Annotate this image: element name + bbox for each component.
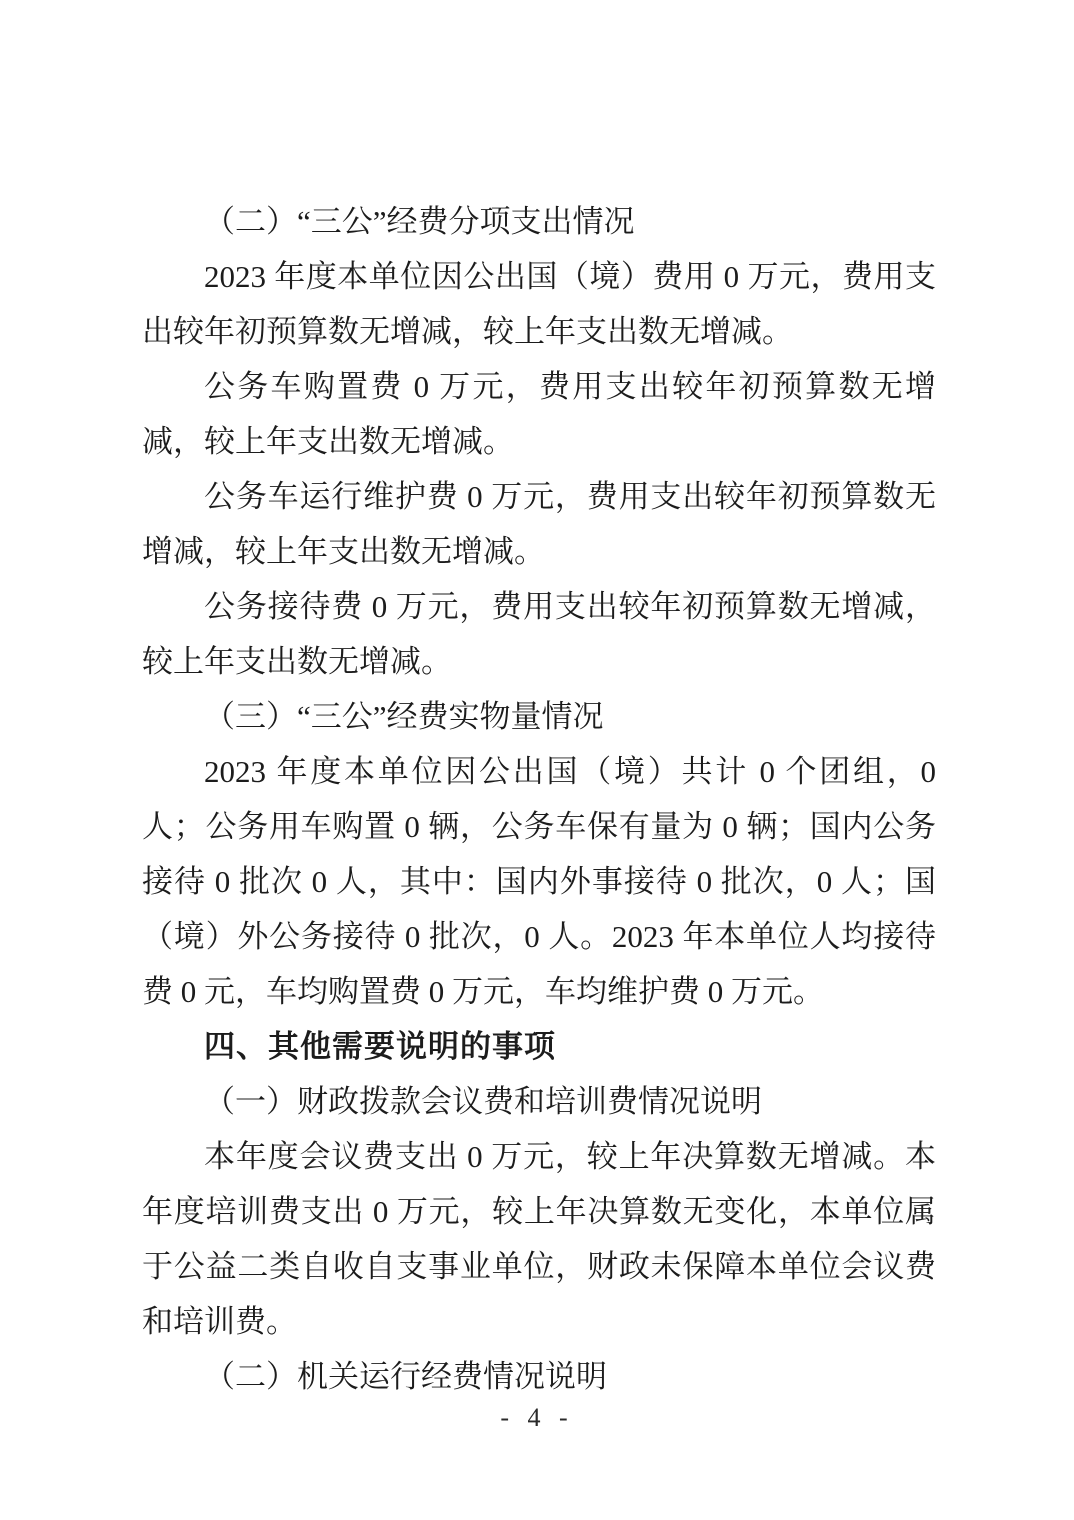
page-number: - 4 - [0, 1398, 1074, 1438]
paragraph-meeting-training-fee-details: 本年度会议费支出 0 万元，较上年决算数无增减。本年度培训费支出 0 万元，较上… [142, 1129, 936, 1349]
section-heading-other-matters: 四、其他需要说明的事项 [142, 1019, 936, 1074]
paragraph-physical-quantity-details: 2023 年度本单位因公出国（境）共计 0 个团组，0 人；公务用车购置 0 辆… [142, 744, 936, 1019]
sub-heading-meeting-training-fees: （一）财政拨款会议费和培训费情况说明 [142, 1074, 936, 1129]
paragraph-overseas-travel-expense: 2023 年度本单位因公出国（境）费用 0 万元，费用支出较年初预算数无增减，较… [142, 249, 936, 359]
paragraph-official-reception-expense: 公务接待费 0 万元，费用支出较年初预算数无增减，较上年支出数无增减。 [142, 579, 936, 689]
paragraph-vehicle-purchase-expense: 公务车购置费 0 万元，费用支出较年初预算数无增减，较上年支出数无增减。 [142, 359, 936, 469]
sub-heading-san-gong-itemized-expense: （二）“三公”经费分项支出情况 [142, 194, 936, 249]
paragraph-vehicle-maintenance-expense: 公务车运行维护费 0 万元，费用支出较年初预算数无增减，较上年支出数无增减。 [142, 469, 936, 579]
sub-heading-agency-operating-expense: （二）机关运行经费情况说明 [142, 1349, 936, 1404]
sub-heading-san-gong-physical-quantity: （三）“三公”经费实物量情况 [142, 689, 936, 744]
document-body: （二）“三公”经费分项支出情况 2023 年度本单位因公出国（境）费用 0 万元… [142, 194, 936, 1404]
document-page: （二）“三公”经费分项支出情况 2023 年度本单位因公出国（境）费用 0 万元… [0, 0, 1074, 1520]
